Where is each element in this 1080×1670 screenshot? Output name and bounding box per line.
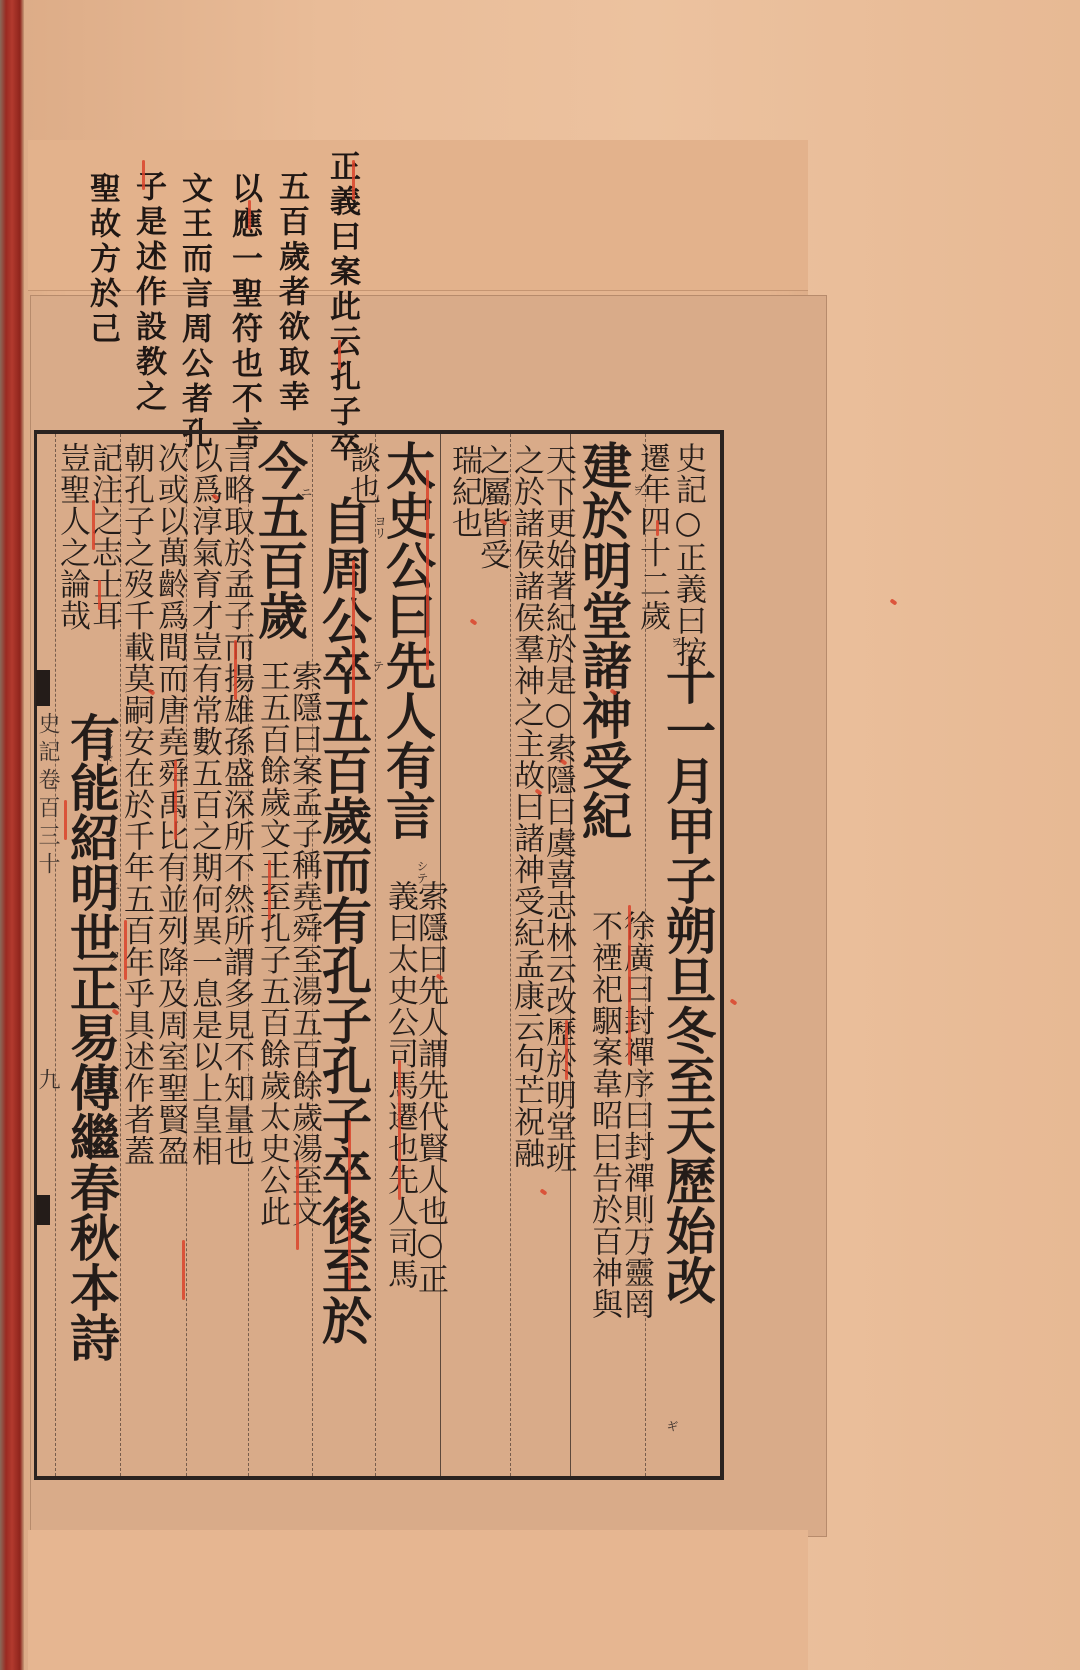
- column-rule: [375, 434, 376, 1476]
- main-text-column: 有能紹明世正易傳繼春秋本詩: [66, 712, 116, 1362]
- red-annotation-mark: [656, 520, 659, 536]
- red-annotation-mark: [248, 200, 251, 230]
- main-text-column: 十一月甲子朔旦冬至天歷始改: [662, 655, 712, 1305]
- commentary-column: 史記○正義曰按: [672, 442, 703, 668]
- commentary-column: 之於諸侯諸侯羣神之主故曰諸神受紀孟康云句芒祝融: [510, 444, 541, 1169]
- commentary-column: 不禋祀駰案韋昭曰告於百神與: [588, 910, 619, 1320]
- handwritten-column-2: 五百歲者欲取幸: [275, 170, 306, 415]
- kana-gloss: ニ: [298, 486, 315, 498]
- commentary-column: 徐廣曰封禪序曰封禪則万靈罔: [620, 910, 651, 1320]
- red-silk-binding: [0, 0, 24, 1670]
- main-text-column: 太史公曰先人有言: [382, 440, 432, 840]
- red-annotation-mark: [182, 1240, 185, 1300]
- commentary-column: 言略取於孟子而揚雄孫盛深所不然所謂多見不知量也: [220, 442, 251, 1167]
- fish-tail-mark-top: [36, 670, 50, 706]
- handwritten-column-5: 子是述作設教之: [132, 170, 163, 415]
- red-annotation-mark: [296, 1160, 299, 1250]
- commentary-column: 索隱曰先人謂先代賢人也○正: [414, 880, 445, 1295]
- main-text-column: 建於明堂諸神受紀: [578, 440, 628, 840]
- kana-gloss: ヲ: [668, 636, 685, 648]
- commentary-column: 王五百餘歲文王至孔子五百餘歲太史公此: [256, 660, 287, 1227]
- kana-gloss: テ: [370, 660, 387, 672]
- red-annotation-mark: [124, 920, 127, 980]
- red-annotation-mark: [398, 1060, 401, 1200]
- red-annotation-mark: [92, 500, 95, 550]
- handwritten-column-6: 聖故方於己: [86, 172, 117, 347]
- main-text-column: 自周公卒五百歲而有孔子孔子卒後至於: [318, 495, 368, 1345]
- red-annotation-mark: [426, 470, 429, 670]
- commentary-column: 遷年四十二歲: [636, 442, 667, 631]
- main-text-column: 今五百歲: [254, 440, 304, 640]
- commentary-column: 天下更始著紀於是○索隱曰虞喜志林云改歷於明堂班: [542, 444, 573, 1174]
- red-annotation-mark: [98, 580, 101, 610]
- handwritten-column-4: 文王而言周公者孔: [178, 172, 209, 452]
- red-annotation-mark: [268, 860, 271, 920]
- commentary-column: 瑞紀也: [448, 444, 479, 539]
- handwritten-column-3: 以應一聖符也不言: [228, 172, 259, 452]
- commentary-column: 豈聖人之論哉: [56, 442, 87, 631]
- kana-gloss: ランド: [100, 730, 117, 766]
- commentary-column: 朝孔子之歿千載莫嗣安在於千年五百年乎具述作者蓋: [120, 442, 151, 1167]
- red-annotation-mark: [348, 1120, 351, 1290]
- red-annotation-mark: [352, 160, 355, 200]
- red-annotation-mark: [352, 560, 355, 720]
- red-annotation-mark: [628, 905, 631, 1065]
- red-annotation-mark: [142, 160, 145, 190]
- red-annotation-mark: [174, 760, 177, 840]
- leaf-number: 九: [32, 1068, 63, 1096]
- red-annotation-mark: [234, 640, 237, 700]
- commentary-column: 索隱曰案孟子稱堯舜至湯五百餘歲湯至文: [288, 660, 319, 1227]
- kana-gloss: ヲ: [630, 484, 647, 496]
- kana-gloss: ギ: [664, 1420, 681, 1432]
- kana-gloss: ヨリ: [372, 515, 389, 539]
- kana-gloss: ヘ: [106, 1000, 123, 1012]
- paste-strip: [28, 1530, 808, 1670]
- red-annotation-mark: [338, 340, 341, 370]
- red-annotation-mark: [565, 1020, 568, 1080]
- fish-tail-mark-bottom: [36, 1195, 50, 1225]
- kana-gloss: シテ: [414, 860, 431, 884]
- fore-edge-label: 史記卷百三十: [32, 712, 63, 880]
- kana-gloss: ヲ: [106, 950, 123, 962]
- kana-gloss: ニ: [106, 880, 123, 892]
- red-annotation-mark: [64, 800, 67, 840]
- commentary-column: 以爲淳氣育才豈有常數五百之期何異一息是以上皇相: [188, 442, 219, 1167]
- commentary-column: 次或以萬齡爲間而唐堯舜禹比有並列降及周室聖賢盈: [154, 442, 185, 1167]
